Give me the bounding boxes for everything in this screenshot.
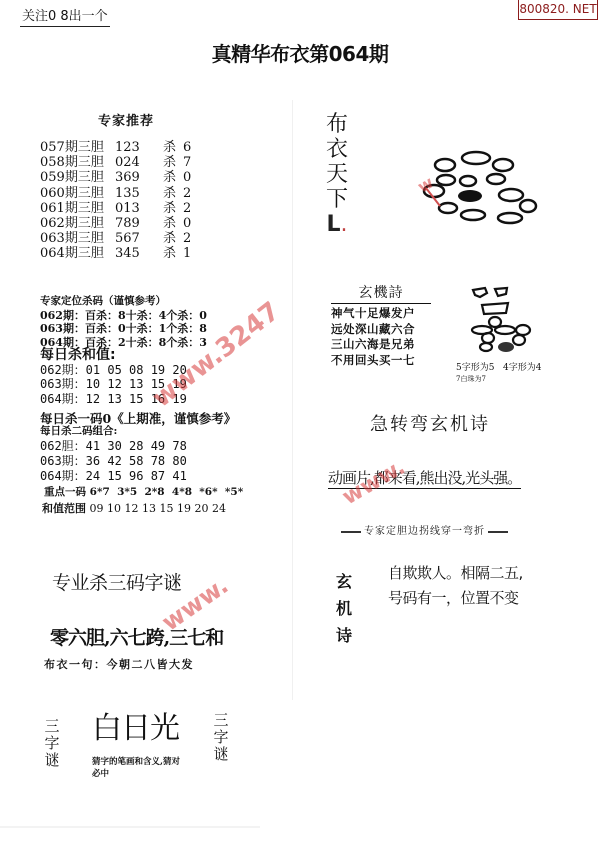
brain-teaser-poem-title: 急转弯玄机诗 (370, 410, 490, 436)
kill-three-riddle-answer: 零六胆,六七跨,三七和 (50, 623, 223, 650)
key-codes-values: 6*7 3*5 2*8 4*8 *6* *5* (90, 486, 244, 498)
list-item: 063期：36 42 58 78 80 (40, 454, 187, 469)
list-item: 062期：01 05 08 19 20 (40, 363, 187, 378)
position-kill-section: 专家定位杀码（谨慎参考） 062期：百杀：8十杀：4个杀：0 063期：百杀：0… (40, 295, 207, 349)
daily-sum-kill-section: 每日杀和值: 062期：01 05 08 19 20 063期：10 12 13… (40, 348, 187, 406)
bead-shape-image (470, 283, 540, 353)
expert-note: 专家定胆边拐线穿一弯折 (338, 522, 511, 537)
list-item: 063期三胆567杀2 (40, 231, 191, 246)
riddle-hint: 猜字的笔画和含义,猜对必中 (92, 756, 180, 780)
xuanji-poem-label: 玄 机 诗 (334, 568, 354, 649)
list-item: 059期三胆369杀0 (40, 170, 191, 185)
buyi-mark: L (326, 212, 340, 237)
dash-divider (488, 531, 508, 533)
list-item: 062期：百杀：8十杀：4个杀：0 (40, 309, 207, 323)
faint-bottom-line (0, 826, 260, 828)
daily-two-code-title: 每日杀二码组合: (40, 424, 187, 439)
bead-pattern-image (418, 148, 540, 228)
key-codes-row: 重点一码 6*7 3*5 2*8 4*8 *6* *5* (44, 484, 243, 499)
position-kill-title: 专家定位杀码（谨慎参考） (40, 295, 207, 309)
top-note: 关注0 8出一个 (20, 8, 110, 27)
daily-sum-kill-title: 每日杀和值: (40, 348, 187, 363)
key-codes-label: 重点一码 (44, 486, 86, 498)
list-item: 057期三胆123杀6 (40, 140, 191, 155)
column-divider (292, 100, 293, 700)
sum-range-label: 和值范围 (42, 502, 86, 515)
list-item: 058期三胆024杀7 (40, 155, 191, 170)
expert-recommend-title: 专家推荐 (98, 110, 154, 129)
poem-line: 三山六海是兄弟 (331, 337, 431, 353)
sum-range-row: 和值范围 09 10 12 13 15 19 20 24 (42, 500, 226, 516)
list-item: 064期：24 15 96 87 41 (40, 469, 187, 484)
list-item: 060期三胆135杀2 (40, 186, 191, 201)
page-title: 真精华布衣第064期 (0, 38, 600, 67)
mystic-poem-title: 玄機詩 (331, 282, 431, 304)
list-item: 062胆：41 30 28 49 78 (40, 439, 187, 454)
buyi-tianxia-vertical: 布 衣 天 下 L. (323, 112, 351, 237)
list-item: 061期三胆013杀2 (40, 201, 191, 216)
daily-two-code-section: 每日杀二码组合: 062胆：41 30 28 49 78 063期：36 42 … (40, 424, 187, 484)
site-badge-link[interactable]: 800820. NET (518, 0, 598, 20)
poem-line: 神气十足爆发户 (331, 306, 431, 322)
poem-line: 不用回头买一七 (331, 353, 431, 369)
list-item: 063期：10 12 13 15 19 (40, 377, 187, 392)
list-item: 062期三胆789杀0 (40, 216, 191, 231)
poem-line: 远处深山藏六合 (331, 322, 431, 338)
red-dot-icon: . (341, 212, 348, 237)
three-char-riddle-label-right: 三 字 谜 (212, 712, 230, 763)
buyi-line: 布衣一句：今朝二八皆大发 (44, 656, 194, 672)
xuanji-poem-text: 自欺欺人。相隔二五, 号码有一，位置不变 (388, 561, 523, 611)
mystic-poem-box: 玄機詩 神气十足爆发户 远处深山藏六合 三山六海是兄弟 不用回头买一七 (331, 282, 431, 368)
expert-recommend-list: 057期三胆123杀6 058期三胆024杀7 059期三胆369杀0 060期… (40, 140, 191, 262)
list-item: 064期：12 13 15 16 19 (40, 392, 187, 407)
riddle-puzzle: 白日光 (92, 703, 179, 747)
dash-divider (341, 531, 361, 533)
sum-range-values: 09 10 12 13 15 19 20 24 (90, 502, 226, 515)
three-char-riddle-label-left: 三 字 谜 (43, 718, 61, 769)
brain-teaser-poem-line: 动画片,都来看,熊出没,光头强。 (328, 467, 521, 489)
kill-three-riddle-title: 专业杀三码字谜 (52, 568, 182, 595)
list-item: 064期三胆345杀1 (40, 246, 191, 261)
shape-note: 5字形为5 4字形为4 7白珠为7 (456, 363, 542, 385)
list-item: 063期：百杀：0十杀：1个杀：8 (40, 322, 207, 336)
